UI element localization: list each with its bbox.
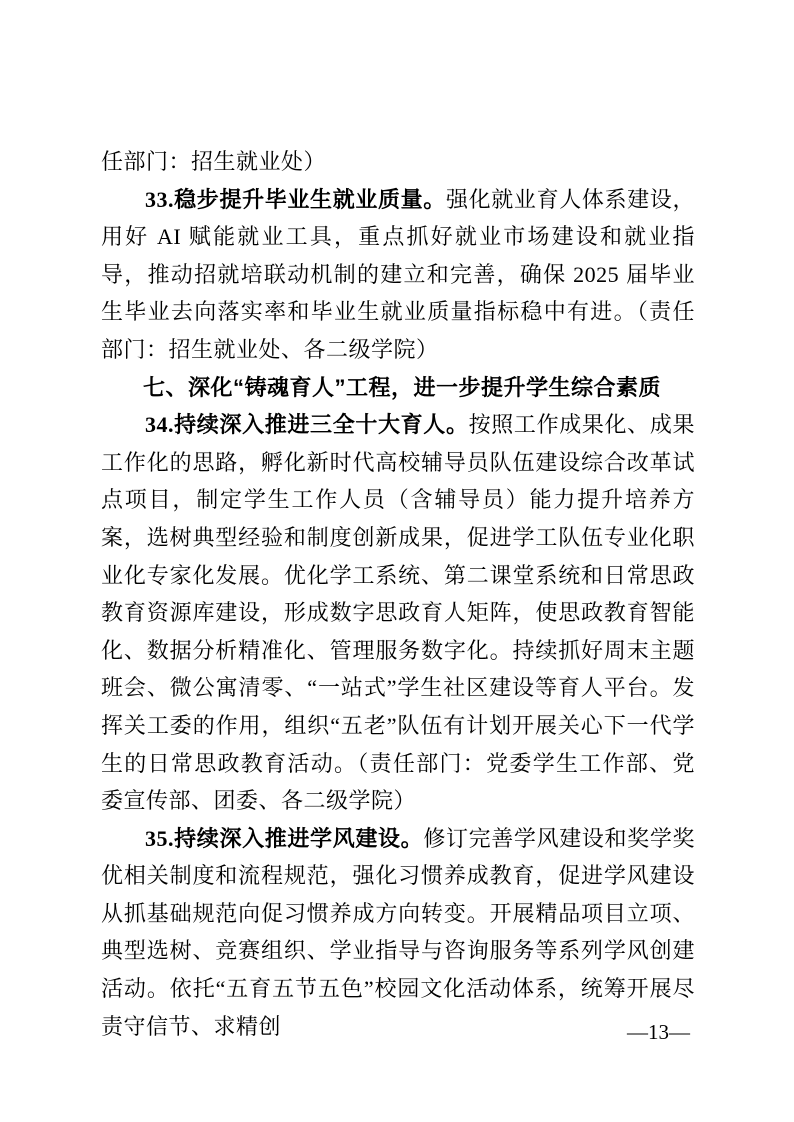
paragraph-item-34: 34.持续深入推进三全十大育人。按照工作成果化、成果工作化的思路，孵化新时代高校… xyxy=(101,406,695,820)
paragraph-continuation: 任部门：招生就业处） xyxy=(101,143,695,181)
paragraph-continuation-text: 任部门：招生就业处） xyxy=(101,149,326,174)
paragraph-item-34-text: 按照工作成果化、成果工作化的思路，孵化新时代高校辅导员队伍建设综合改革试点项目，… xyxy=(101,412,695,813)
paragraph-item-33: 33.稳步提升毕业生就业质量。强化就业育人体系建设，用好 AI 赋能就业工具，重… xyxy=(101,181,695,369)
paragraph-item-35-lead: 35.持续深入推进学风建设。 xyxy=(145,826,423,851)
section-heading-7: 七、深化“铸魂育人”工程，进一步提升学生综合素质 xyxy=(101,369,695,407)
section-heading-7-text: 七、深化“铸魂育人”工程，进一步提升学生综合素质 xyxy=(143,375,661,400)
paragraph-item-34-lead: 34.持续深入推进三全十大育人。 xyxy=(145,412,469,437)
paragraph-item-33-text: 强化就业育人体系建设，用好 AI 赋能就业工具，重点抓好就业市场建设和就业指导，… xyxy=(101,187,695,362)
paragraph-item-35: 35.持续深入推进学风建设。修订完善学风建设和奖学奖优相关制度和流程规范，强化习… xyxy=(101,820,695,1046)
document-page: 任部门：招生就业处） 33.稳步提升毕业生就业质量。强化就业育人体系建设，用好 … xyxy=(0,0,794,1122)
document-body: 任部门：招生就业处） 33.稳步提升毕业生就业质量。强化就业育人体系建设，用好 … xyxy=(101,143,695,1045)
page-number: —13— xyxy=(627,1019,690,1045)
paragraph-item-33-lead: 33.稳步提升毕业生就业质量。 xyxy=(145,187,446,212)
paragraph-item-35-text: 修订完善学风建设和奖学奖优相关制度和流程规范，强化习惯养成教育，促进学风建设从抓… xyxy=(101,826,695,1039)
